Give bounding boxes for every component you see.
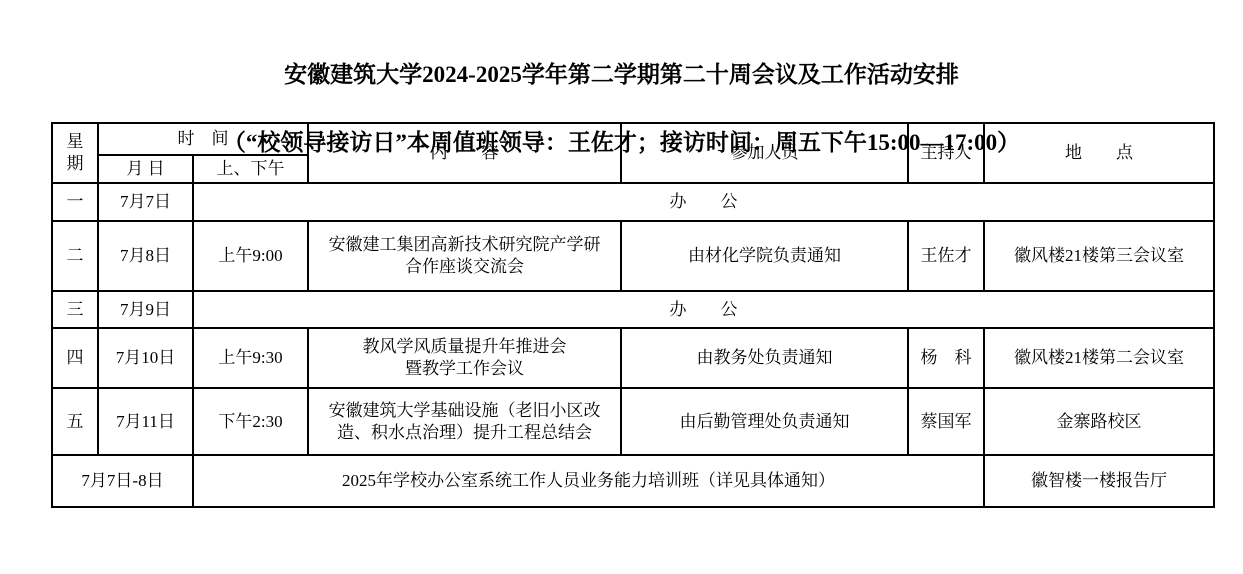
cell-content: 教风学风质量提升年推进会 暨教学工作会议	[308, 328, 621, 388]
header-participants: 参加人员	[621, 123, 908, 183]
cell-location: 徽风楼21楼第二会议室	[984, 328, 1214, 388]
cell-time: 上午9:30	[193, 328, 308, 388]
cell-participants: 由教务处负责通知	[621, 328, 908, 388]
title-line-1: 安徽建筑大学2024-2025学年第二学期第二十周会议及工作活动安排	[0, 58, 1243, 92]
cell-training-content: 2025年学校办公室系统工作人员业务能力培训班（详见具体通知）	[193, 455, 984, 507]
document-page: 安徽建筑大学2024-2025学年第二学期第二十周会议及工作活动安排 （“校领导…	[0, 0, 1243, 574]
table-row-tuesday: 二 7月8日 上午9:00 安徽建工集团高新技术研究院产学研 合作座谈交流会 由…	[52, 221, 1214, 291]
header-row-1: 星 期 时 间 内 容 参加人员 主持人 地 点	[52, 123, 1214, 155]
cell-date: 7月8日	[98, 221, 193, 291]
schedule-table: 星 期 时 间 内 容 参加人员 主持人 地 点 月 日 上、下午 一 7月7日…	[51, 122, 1215, 508]
header-date: 月 日	[98, 155, 193, 183]
cell-location: 金寨路校区	[984, 388, 1214, 455]
cell-host: 杨 科	[908, 328, 984, 388]
cell-weekday: 四	[52, 328, 98, 388]
cell-location: 徽智楼一楼报告厅	[984, 455, 1214, 507]
cell-weekday: 五	[52, 388, 98, 455]
cell-location: 徽风楼21楼第三会议室	[984, 221, 1214, 291]
header-location: 地 点	[984, 123, 1214, 183]
header-host: 主持人	[908, 123, 984, 183]
cell-date: 7月10日	[98, 328, 193, 388]
cell-time: 下午2:30	[193, 388, 308, 455]
cell-weekday: 二	[52, 221, 98, 291]
cell-weekday: 三	[52, 291, 98, 328]
cell-date: 7月11日	[98, 388, 193, 455]
table-row-friday: 五 7月11日 下午2:30 安徽建筑大学基础设施（老旧小区改 造、积水点治理）…	[52, 388, 1214, 455]
cell-content: 安徽建工集团高新技术研究院产学研 合作座谈交流会	[308, 221, 621, 291]
cell-host: 蔡国军	[908, 388, 984, 455]
cell-participants: 由后勤管理处负责通知	[621, 388, 908, 455]
table-row-training: 7月7日-8日 2025年学校办公室系统工作人员业务能力培训班（详见具体通知） …	[52, 455, 1214, 507]
cell-time: 上午9:00	[193, 221, 308, 291]
cell-weekday: 一	[52, 183, 98, 221]
header-weekday: 星 期	[52, 123, 98, 183]
cell-date-range: 7月7日-8日	[52, 455, 193, 507]
table-row-thursday: 四 7月10日 上午9:30 教风学风质量提升年推进会 暨教学工作会议 由教务处…	[52, 328, 1214, 388]
cell-content: 安徽建筑大学基础设施（老旧小区改 造、积水点治理）提升工程总结会	[308, 388, 621, 455]
cell-date: 7月9日	[98, 291, 193, 328]
header-time: 时 间	[98, 123, 308, 155]
table-row-wednesday: 三 7月9日 办 公	[52, 291, 1214, 328]
table-row-monday: 一 7月7日 办 公	[52, 183, 1214, 221]
cell-office-merged: 办 公	[193, 291, 1214, 328]
header-ampm: 上、下午	[193, 155, 308, 183]
cell-date: 7月7日	[98, 183, 193, 221]
cell-host: 王佐才	[908, 221, 984, 291]
cell-office-merged: 办 公	[193, 183, 1214, 221]
cell-participants: 由材化学院负责通知	[621, 221, 908, 291]
header-content: 内 容	[308, 123, 621, 183]
